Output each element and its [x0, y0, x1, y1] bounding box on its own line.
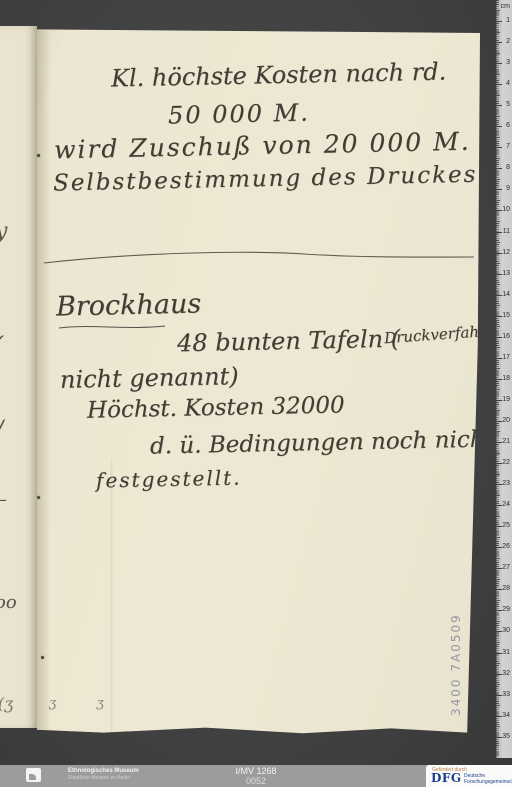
ruler-tick-half-cm	[496, 263, 500, 264]
ruler-number: 31	[502, 649, 510, 656]
ruler-tick-cm	[496, 716, 502, 717]
ruler-tick-half-cm	[496, 579, 500, 580]
ruler-number: 8	[506, 164, 510, 171]
dfg-name-line2: Forschungsgemeinschaft	[464, 779, 512, 785]
document-page: Kl. höchste Kosten nach rd. 50 000 M. wi…	[37, 28, 480, 734]
ruler-tick-cm	[496, 589, 502, 590]
adjacent-page-edge: y ( / – oo (ʒ	[0, 26, 37, 728]
ruler-number: 19	[502, 396, 510, 403]
ruler-tick-cm	[496, 379, 502, 380]
ruler-tick-half-cm	[496, 453, 500, 454]
ruler-tick-half-cm	[496, 347, 500, 348]
ruler-tick-half-cm	[496, 368, 500, 369]
paper-crease	[110, 458, 113, 734]
ruler-tick-half-cm	[496, 32, 500, 33]
ruler-number: 23	[502, 480, 510, 487]
ruler-tick-cm	[496, 316, 502, 317]
ruler-tick-cm	[496, 358, 502, 359]
ruler-tick-cm	[496, 674, 502, 675]
ruler-number: 24	[502, 501, 510, 508]
ruler-tick-cm	[496, 63, 502, 64]
ruler-tick-cm	[496, 400, 502, 401]
heading-underline	[57, 322, 169, 332]
ruler-tick-half-cm	[496, 53, 500, 54]
ruler-number: 17	[502, 354, 510, 361]
ruler-number: 1	[506, 17, 510, 24]
ruler-number: 28	[502, 585, 510, 592]
ruler-number: 3	[506, 59, 510, 66]
ruler-number: 22	[502, 459, 510, 466]
handdrawn-divider-line	[42, 249, 478, 267]
pencil-marks: ʒ ʒ	[49, 696, 122, 711]
ruler-tick-half-cm	[496, 95, 500, 96]
ruler-number: 4	[506, 80, 510, 87]
handwritten-heading: Brockhaus	[56, 288, 202, 322]
ruler-tick-half-cm	[496, 516, 500, 517]
dfg-logo: Gefördert durch DFG Deutsche Forschungsg…	[426, 765, 512, 787]
handwritten-line: Druckverfahren	[384, 321, 506, 347]
ruler-tick-cm	[496, 547, 502, 548]
ruler-number: 27	[502, 564, 510, 571]
ruler-tick-half-cm	[496, 242, 500, 243]
ruler-tick-half-cm	[496, 684, 500, 685]
ruler-tick-cm	[496, 295, 502, 296]
ruler-tick-cm	[496, 42, 502, 43]
ruler-tick-cm	[496, 737, 502, 738]
handwritten-line: Selbstbestimmung des Druckes.	[53, 161, 487, 196]
ruler-tick-cm	[496, 232, 502, 233]
ruler-tick-half-cm	[496, 137, 500, 138]
ruler-tick-cm	[496, 274, 502, 275]
handwritten-line: 48 bunten Tafeln (	[177, 325, 401, 358]
handwritten-line: 50 000 M.	[168, 99, 310, 130]
ruler-tick-half-cm	[496, 600, 500, 601]
ruler-tick-cm	[496, 421, 502, 422]
ruler-tick-half-cm	[496, 663, 500, 664]
ruler-tick-half-cm	[496, 305, 500, 306]
handwriting-fragment: y	[0, 219, 7, 244]
ruler-tick-half-cm	[496, 705, 500, 706]
ruler-number: 9	[506, 186, 510, 193]
ruler-number: 10	[502, 207, 510, 214]
ruler-tick-half-cm	[496, 284, 500, 285]
ruler-tick-cm	[496, 210, 502, 211]
ruler-number: 35	[502, 733, 510, 740]
ruler-number: 12	[502, 249, 510, 256]
ruler-tick-cm	[496, 337, 502, 338]
handwriting-fragment: oo	[0, 592, 17, 613]
ruler-tick-cm	[496, 631, 502, 632]
handwriting-fragment: –	[0, 489, 7, 510]
ruler-tick-half-cm	[496, 158, 500, 159]
ruler-tick-cm	[496, 84, 502, 85]
handwritten-line: d. ü. Bedingungen noch nicht	[150, 426, 494, 459]
ruler-number: 13	[502, 270, 510, 277]
ruler-tick-half-cm	[496, 410, 500, 411]
ruler-tick-cm	[496, 526, 502, 527]
ruler-tick-cm	[496, 463, 502, 464]
dfg-acronym: DFG	[431, 771, 462, 785]
ruler-number: 26	[502, 543, 510, 550]
ruler-tick-cm	[496, 168, 502, 169]
handwritten-line: Kl. höchste Kosten nach rd.	[111, 57, 447, 92]
ruler-tick-cm	[496, 505, 502, 506]
ruler-tick-cm	[496, 653, 502, 654]
ruler-tick-half-cm	[496, 495, 500, 496]
ruler-number: 15	[502, 312, 510, 319]
ruler-number: 29	[502, 607, 510, 614]
ruler-tick-half-cm	[496, 200, 500, 201]
ruler-tick-half-cm	[496, 10, 500, 11]
handwritten-line: nicht genannt)	[60, 362, 239, 394]
ruler-tick-half-cm	[496, 116, 500, 117]
ruler-number: 16	[502, 333, 510, 340]
measurement-ruler: cm 1234567891011121314151617181920212223…	[496, 0, 512, 758]
ruler-number: 6	[506, 122, 510, 129]
ruler-number: 14	[502, 291, 510, 298]
ruler-tick-cm	[496, 253, 502, 254]
ruler-tick-half-cm	[496, 389, 500, 390]
ruler-number: 2	[506, 38, 510, 45]
ruler-tick-half-cm	[496, 642, 500, 643]
ruler-tick-cm	[496, 484, 502, 485]
pinhole	[37, 154, 40, 157]
pinhole	[41, 656, 44, 659]
ruler-number: 21	[502, 438, 510, 445]
ruler-tick-half-cm	[496, 558, 500, 559]
pinhole	[37, 496, 40, 499]
ruler-tick-half-cm	[496, 221, 500, 222]
ruler-tick-cm	[496, 105, 502, 106]
ruler-tick-cm	[496, 610, 502, 611]
ruler-number: 32	[502, 670, 510, 677]
ruler-number: 33	[502, 691, 510, 698]
ruler-tick-cm	[496, 189, 502, 190]
ruler-tick-half-cm	[496, 431, 500, 432]
handwritten-line: festgestellt.	[96, 465, 242, 492]
handwriting-fragment: (ʒ	[0, 694, 13, 713]
dfg-full-name: Deutsche Forschungsgemeinschaft	[464, 773, 512, 785]
ruler-number: 25	[502, 522, 510, 529]
vertical-shelfmark: 3400 7A0509	[449, 613, 463, 716]
scan-viewport: y ( / – oo (ʒ Kl. höchste Kosten nach rd…	[0, 0, 512, 787]
ruler-tick-half-cm	[496, 726, 500, 727]
ruler-number: 11	[503, 228, 510, 235]
ruler-tick-cm	[496, 126, 502, 127]
ruler-tick-cm	[496, 442, 502, 443]
ruler-number: 7	[506, 143, 510, 150]
ruler-number: 34	[502, 712, 510, 719]
ruler-tick-cm	[496, 695, 502, 696]
ruler-number: 5	[506, 101, 510, 108]
ruler-tick-half-cm	[496, 474, 500, 475]
ruler-tick-cm	[496, 568, 502, 569]
footer-bar: Ethnologisches Museum Staatliche Museen …	[0, 765, 512, 787]
handwritten-line: Höchst. Kosten 32000	[87, 392, 345, 423]
ruler-tick-half-cm	[496, 326, 500, 327]
ruler-number: 20	[502, 417, 510, 424]
ruler-number: 30	[502, 628, 510, 635]
ruler-tick-half-cm	[496, 537, 500, 538]
ruler-tick-cm	[496, 21, 502, 22]
handwriting-fragment: (	[0, 332, 3, 362]
ruler-tick-half-cm	[496, 621, 500, 622]
ruler-tick-half-cm	[496, 179, 500, 180]
ruler-tick-cm	[496, 147, 502, 148]
handwriting-fragment: /	[0, 417, 3, 442]
handwritten-line: wird Zuschuß von 20 000 M.	[54, 127, 471, 165]
ruler-number: 18	[502, 375, 510, 382]
ruler-unit-label: cm	[501, 3, 510, 10]
ruler-tick-half-cm	[496, 74, 500, 75]
